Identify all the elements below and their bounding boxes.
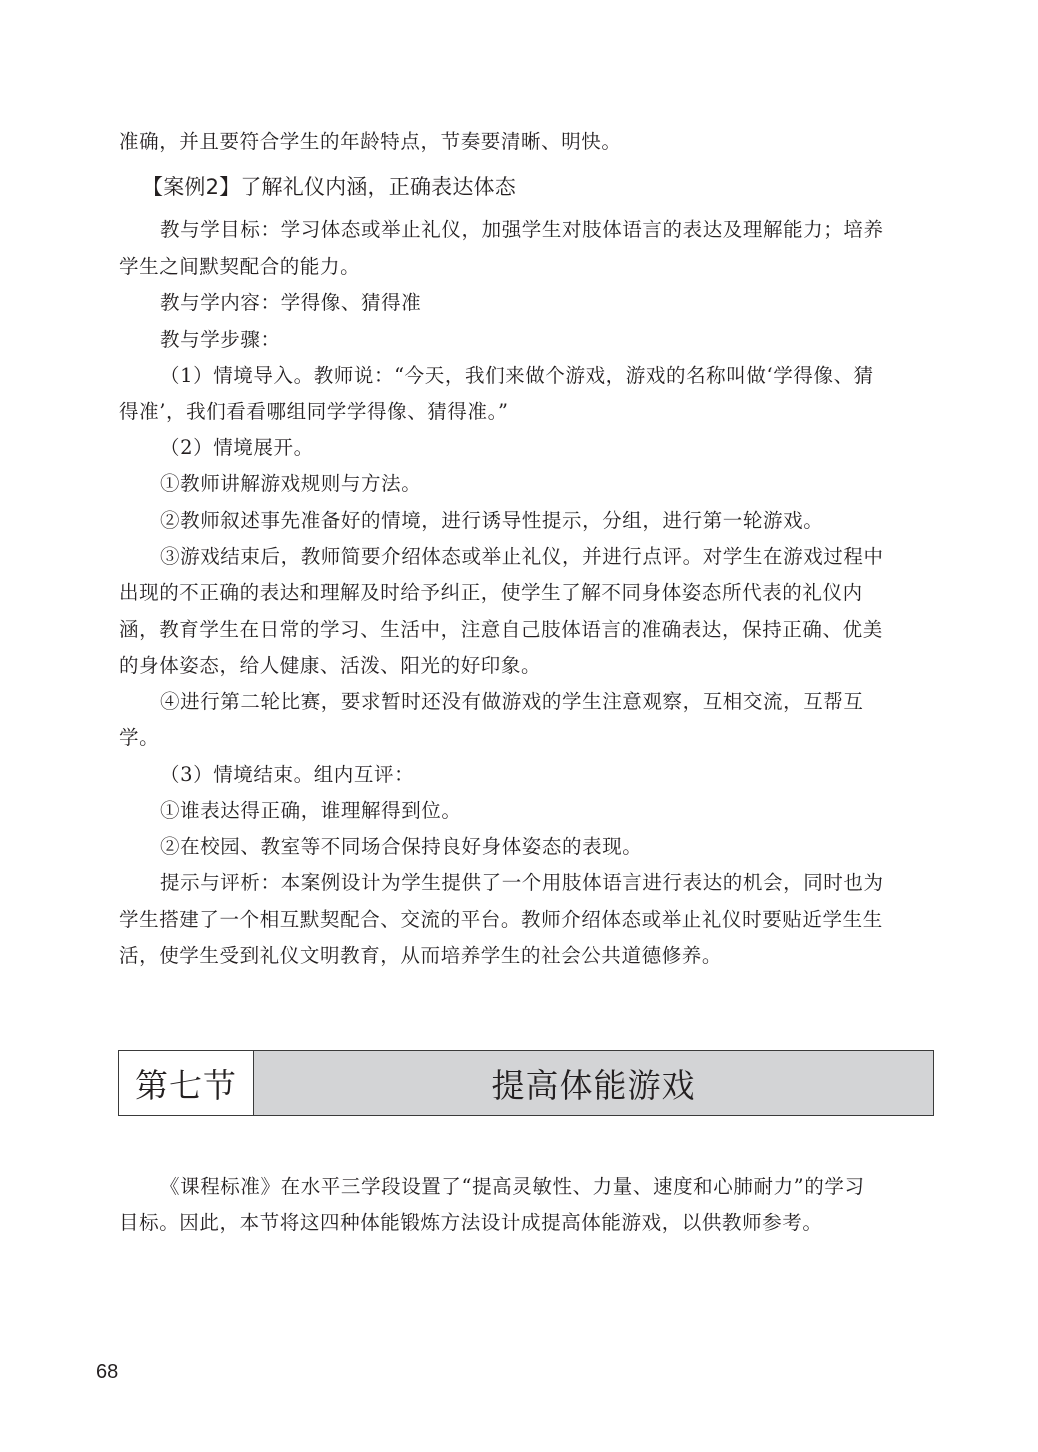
- step2-item-3-line-4: 的身体姿态，给人健康、活泼、阳光的好印象。: [119, 654, 939, 678]
- goal-text-line-1: 教与学目标：学习体态或举止礼仪，加强学生对肢体语言的表达及理解能力；培养: [160, 218, 980, 242]
- steps-label: 教与学步骤：: [160, 328, 980, 352]
- step3-item-2: ②在校园、教室等不同场合保持良好身体姿态的表现。: [160, 835, 980, 859]
- step2-item-4-line-1: ④进行第二轮比赛，要求暂时还没有做游戏的学生注意观察，互相交流，互帮互: [160, 690, 980, 714]
- book-page: 准确，并且要符合学生的年龄特点，节奏要清晰、明快。 【案例2】了解礼仪内涵，正确…: [0, 0, 1038, 1452]
- section-number: 第七节: [119, 1051, 254, 1115]
- step3-item-1: ①谁表达得正确，谁理解得到位。: [160, 799, 980, 823]
- step2-item-3-line-3: 涵，教育学生在日常的学习、生活中，注意自己肢体语言的准确表达，保持正确、优美: [119, 618, 939, 642]
- tips-line-1: 提示与评析：本案例设计为学生提供了一个用肢体语言进行表达的机会，同时也为: [160, 871, 980, 895]
- section-intro-line-1: 《课程标准》在水平三学段设置了“提高灵敏性、力量、速度和心肺耐力”的学习: [160, 1175, 980, 1199]
- continuation-text: 准确，并且要符合学生的年龄特点，节奏要清晰、明快。: [119, 130, 939, 154]
- page-number: 68: [96, 1361, 118, 1384]
- case-heading: 【案例2】了解礼仪内涵，正确表达体态: [142, 173, 516, 201]
- step1-line-2: 得准’，我们看看哪组同学学得像、猜得准。”: [119, 400, 939, 424]
- section-header: 第七节 提高体能游戏: [118, 1050, 934, 1116]
- step2-item-1: ①教师讲解游戏规则与方法。: [160, 472, 980, 496]
- step2-item-3-line-1: ③游戏结束后，教师简要介绍体态或举止礼仪，并进行点评。对学生在游戏过程中: [160, 545, 980, 569]
- tips-line-3: 活，使学生受到礼仪文明教育，从而培养学生的社会公共道德修养。: [119, 944, 939, 968]
- step2-item-3-line-2: 出现的不正确的表达和理解及时给予纠正，使学生了解不同身体姿态所代表的礼仪内: [119, 581, 939, 605]
- step2-heading: （2）情境展开。: [160, 436, 980, 460]
- section-title: 提高体能游戏: [254, 1051, 933, 1115]
- step2-item-4-line-2: 学。: [119, 726, 939, 750]
- step3-heading: （3）情境结束。组内互评：: [160, 763, 980, 787]
- content-text: 教与学内容：学得像、猜得准: [160, 291, 980, 315]
- step1-line-1: （1）情境导入。教师说：“今天，我们来做个游戏，游戏的名称叫做‘学得像、猜: [160, 364, 980, 388]
- goal-text-line-2: 学生之间默契配合的能力。: [119, 255, 939, 279]
- tips-line-2: 学生搭建了一个相互默契配合、交流的平台。教师介绍体态或举止礼仪时要贴近学生生: [119, 908, 939, 932]
- step2-item-2: ②教师叙述事先准备好的情境，进行诱导性提示，分组，进行第一轮游戏。: [160, 509, 980, 533]
- section-intro-line-2: 目标。因此，本节将这四种体能锻炼方法设计成提高体能游戏，以供教师参考。: [119, 1211, 939, 1235]
